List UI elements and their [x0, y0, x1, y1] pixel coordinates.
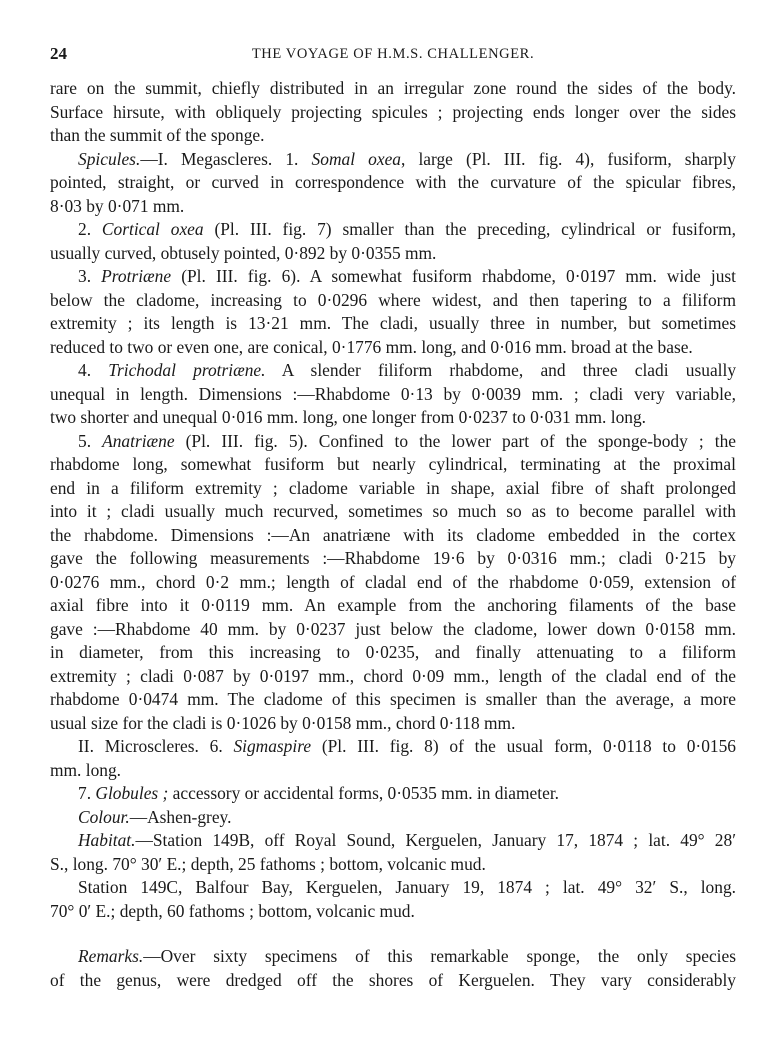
text-line: Habitat.—Station 149B, off Royal Sound, …: [50, 829, 736, 853]
text-line: 2. Cortical oxea (Pl. III. fig. 7) small…: [50, 218, 736, 242]
paragraph-habitat: Habitat.—Station 149B, off Royal Sound, …: [50, 829, 736, 876]
body-text: rare on the summit, chiefly distributed …: [50, 77, 736, 992]
text-line: axial fibre into it 0·0119 mm. An exampl…: [50, 594, 736, 618]
text-line: Spicules.—I. Megascleres. 1. Somal oxea,…: [50, 148, 736, 172]
text-line: S., long. 70° 30′ E.; depth, 25 fathoms …: [50, 853, 736, 877]
text-line: into it ; cladi usually much recurved, s…: [50, 500, 736, 524]
text-line: 4. Trichodal protriæne. A slender filifo…: [50, 359, 736, 383]
document-page: 24 THE VOYAGE OF H.M.S. CHALLENGER. rare…: [50, 42, 736, 992]
text-line: gave :—Rhabdome 40 mm. by 0·0237 just be…: [50, 618, 736, 642]
paragraph-cortical-oxea: 2. Cortical oxea (Pl. III. fig. 7) small…: [50, 218, 736, 265]
text-line: end in a filiform extremity ; cladome va…: [50, 477, 736, 501]
text-line: usual size for the cladi is 0·1026 by 0·…: [50, 712, 736, 736]
paragraph-anatriaene: 5. Anatriæne (Pl. III. fig. 5). Confined…: [50, 430, 736, 736]
text-line: in diameter, from this increasing to 0·0…: [50, 641, 736, 665]
text-line: unequal in length. Dimensions :—Rhabdome…: [50, 383, 736, 407]
text-line: Station 149C, Balfour Bay, Kerguelen, Ja…: [50, 876, 736, 900]
text-line: 7. Globules ; accessory or accidental fo…: [50, 782, 736, 806]
text-line: rhabdome 0·0474 mm. The cladome of this …: [50, 688, 736, 712]
text-line: Colour.—Ashen-grey.: [50, 806, 736, 830]
text-line: 8·03 by 0·071 mm.: [50, 195, 736, 219]
text-line: 0·0276 mm., chord 0·2 mm.; length of cla…: [50, 571, 736, 595]
text-line: reduced to two or even one, are conical,…: [50, 336, 736, 360]
text-line: usually curved, obtusely pointed, 0·892 …: [50, 242, 736, 266]
paragraph-trichodal: 4. Trichodal protriæne. A slender filifo…: [50, 359, 736, 430]
text-line: the rhabdome. Dimensions :—An anatriæne …: [50, 524, 736, 548]
text-line: than the summit of the sponge.: [50, 124, 736, 148]
text-line: pointed, straight, or curved in correspo…: [50, 171, 736, 195]
text-line: 3. Protriæne (Pl. III. fig. 6). A somewh…: [50, 265, 736, 289]
text-line: II. Microscleres. 6. Sigmaspire (Pl. III…: [50, 735, 736, 759]
paragraph-intro: rare on the summit, chiefly distributed …: [50, 77, 736, 148]
paragraph-microscleres: II. Microscleres. 6. Sigmaspire (Pl. III…: [50, 735, 736, 782]
text-line: extremity ; cladi 0·087 by 0·0197 mm., c…: [50, 665, 736, 689]
text-line: gave the following measurements :—Rhabdo…: [50, 547, 736, 571]
paragraph-globules: 7. Globules ; accessory or accidental fo…: [50, 782, 736, 806]
text-line: Surface hirsute, with obliquely projecti…: [50, 101, 736, 125]
text-line: 70° 0′ E.; depth, 60 fathoms ; bottom, v…: [50, 900, 736, 924]
text-line: mm. long.: [50, 759, 736, 783]
text-line: of the genus, were dredged off the shore…: [50, 969, 736, 993]
text-line: below the cladome, increasing to 0·0296 …: [50, 289, 736, 313]
paragraph-spicules: Spicules.—I. Megascleres. 1. Somal oxea,…: [50, 148, 736, 219]
page-header: 24 THE VOYAGE OF H.M.S. CHALLENGER.: [50, 42, 736, 66]
text-line: 5. Anatriæne (Pl. III. fig. 5). Confined…: [50, 430, 736, 454]
paragraph-remarks: Remarks.—Over sixty specimens of this re…: [50, 945, 736, 992]
paragraph-station-149c: Station 149C, Balfour Bay, Kerguelen, Ja…: [50, 876, 736, 923]
paragraph-protriaene: 3. Protriæne (Pl. III. fig. 6). A somewh…: [50, 265, 736, 359]
text-line: two shorter and unequal 0·016 mm. long, …: [50, 406, 736, 430]
paragraph-colour: Colour.—Ashen-grey.: [50, 806, 736, 830]
text-line: rare on the summit, chiefly distributed …: [50, 77, 736, 101]
text-line: Remarks.—Over sixty specimens of this re…: [50, 945, 736, 969]
text-line: extremity ; its length is 13·21 mm. The …: [50, 312, 736, 336]
running-title: THE VOYAGE OF H.M.S. CHALLENGER.: [50, 43, 736, 67]
text-line: rhabdome long, somewhat fusiform but nea…: [50, 453, 736, 477]
